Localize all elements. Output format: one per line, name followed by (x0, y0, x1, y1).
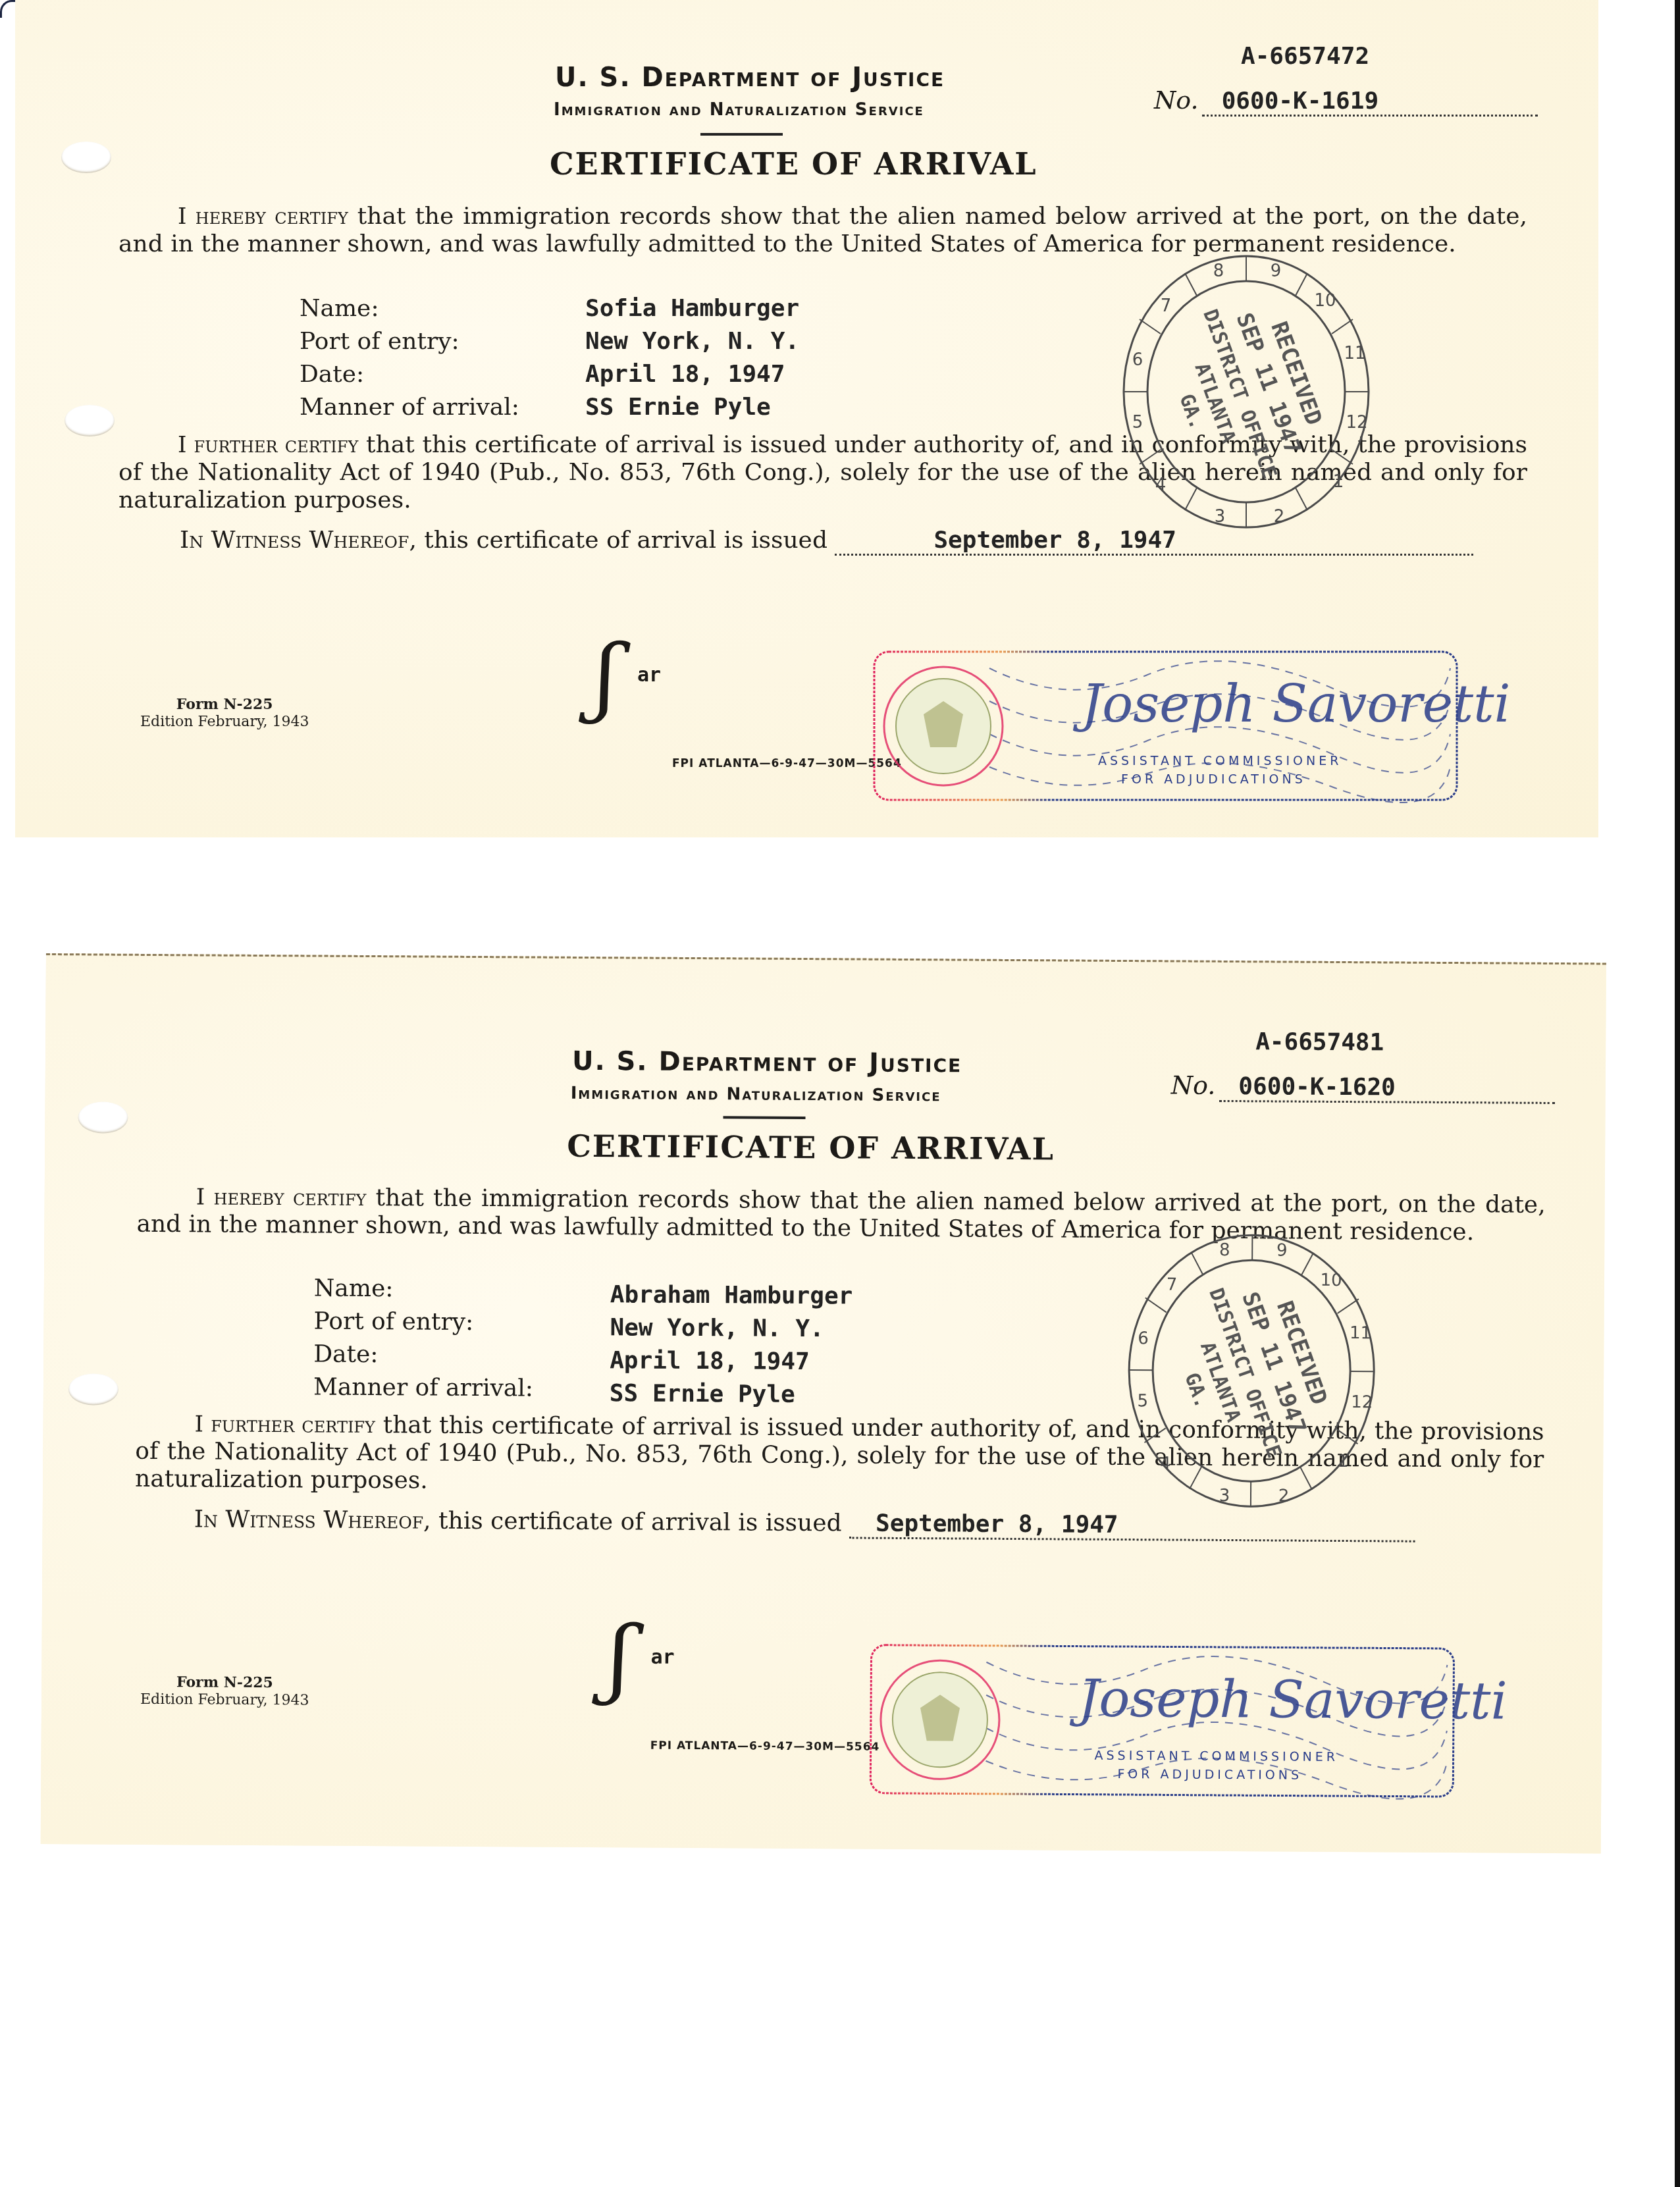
svg-text:6: 6 (1132, 350, 1143, 370)
date-value: April 18, 1947 (585, 361, 785, 388)
punch-hole (68, 1373, 118, 1405)
manner-of-arrival-value: SS Ernie Pyle (610, 1380, 795, 1408)
form-identifier: Form N-225 Edition February, 1943 (140, 1673, 309, 1710)
number-label: No. (1171, 1070, 1216, 1099)
svg-text:7: 7 (1161, 296, 1172, 316)
svg-text:6: 6 (1138, 1329, 1149, 1348)
signatory-title-line2: FOR ADJUDICATIONS (1121, 772, 1306, 787)
department-heading: U. S. Department of Justice (555, 63, 945, 93)
svg-text:7: 7 (1167, 1275, 1178, 1294)
certificate-abraham-hamburger: U. S. Department of Justice Immigration … (41, 953, 1606, 1853)
manner-of-arrival-label: Manner of arrival: (313, 1373, 533, 1402)
punch-hole (61, 142, 111, 173)
clock-ring-icon: 8910 11121 234 567 RECEIVED SEP 11 1947 … (1115, 247, 1378, 537)
svg-text:10: 10 (1314, 291, 1336, 311)
header-rule (723, 1116, 805, 1119)
svg-text:10: 10 (1320, 1271, 1342, 1290)
department-heading: U. S. Department of Justice (572, 1046, 962, 1079)
manner-of-arrival-value: SS Ernie Pyle (585, 394, 771, 421)
date-value: April 18, 1947 (610, 1347, 810, 1375)
svg-text:1: 1 (1338, 1452, 1349, 1471)
svg-text:8: 8 (1219, 1240, 1230, 1260)
witness-text: this certificate of arrival is issued (424, 527, 827, 554)
issued-date: September 8, 1947 (876, 1510, 1118, 1539)
punch-hole (78, 1101, 128, 1133)
svg-text:11: 11 (1344, 344, 1365, 363)
svg-text:8: 8 (1213, 261, 1224, 281)
certificate-title: CERTIFICATE OF ARRIVAL (550, 146, 1037, 182)
svg-text:2: 2 (1278, 1486, 1290, 1506)
witness-text: this certificate of arrival is issued (438, 1508, 842, 1537)
service-heading: Immigration and Naturalization Service (571, 1084, 941, 1105)
name-label: Name: (300, 295, 379, 322)
name-label: Name: (314, 1275, 394, 1302)
signature-stamp-block: Joseph Savoretti ASSISTANT COMMISSIONER … (867, 1642, 1460, 1803)
further-lead: I further certify (195, 1411, 376, 1438)
signature-stamp-block: Joseph Savoretti ASSISTANT COMMISSIONER … (871, 648, 1463, 806)
number-label: No. (1154, 86, 1199, 115)
printer-imprint: FPI ATLANTA—6-9-47—30M—5564 (650, 1739, 880, 1754)
certificate-title: CERTIFICATE OF ARRIVAL (567, 1128, 1055, 1167)
form-identifier: Form N-225 Edition February, 1943 (140, 696, 309, 731)
signatory-title-line2: FOR ADJUDICATIONS (1117, 1767, 1302, 1783)
certificate-sofia-hamburger: U. S. Department of Justice Immigration … (15, 0, 1598, 837)
signatory-title-line1: ASSISTANT COMMISSIONER (1098, 754, 1342, 768)
signature: Joseph Savoretti (1078, 1670, 1508, 1731)
form-edition: Edition February, 1943 (140, 714, 309, 731)
certify-lead: I hereby certify (196, 1184, 367, 1211)
svg-text:11: 11 (1350, 1323, 1371, 1343)
manner-of-arrival-label: Manner of arrival: (300, 394, 519, 421)
certificate-number: 0600-K-1619 (1222, 88, 1378, 115)
date-label: Date: (313, 1340, 378, 1368)
certificate-number-row: No. 0600-K-1620 (1171, 1070, 1555, 1104)
signature: Joseph Savoretti (1082, 675, 1510, 734)
port-of-entry-label: Port of entry: (300, 328, 459, 355)
svg-text:5: 5 (1138, 1391, 1149, 1411)
header-rule (700, 133, 783, 136)
witness-lead: In Witness Whereof, (194, 1506, 431, 1534)
received-date-stamp: 8910 11121 234 567 RECEIVED SEP 11 1947 … (1115, 247, 1378, 537)
further-lead: I further certify (178, 432, 358, 458)
scanner-edge (1675, 0, 1680, 2187)
svg-text:3: 3 (1215, 507, 1226, 527)
signatory-title-line1: ASSISTANT COMMISSIONER (1095, 1749, 1339, 1764)
svg-text:1: 1 (1333, 472, 1344, 492)
initials-flourish: ʃ (594, 625, 617, 725)
certify-lead: I hereby certify (178, 203, 348, 230)
name-value: Abraham Hamburger (610, 1281, 853, 1309)
clerk-initials: ar (637, 664, 661, 687)
alien-registration-number: A-6657472 (1241, 43, 1369, 70)
initials-flourish: ʃ (608, 1607, 631, 1707)
svg-text:12: 12 (1346, 413, 1367, 433)
port-of-entry-value: New York, N. Y. (610, 1314, 824, 1342)
certificate-number: 0600-K-1620 (1238, 1073, 1396, 1101)
date-label: Date: (300, 361, 364, 388)
svg-text:4: 4 (1155, 475, 1167, 495)
form-number: Form N-225 (176, 696, 273, 713)
form-number: Form N-225 (176, 1673, 273, 1691)
svg-text:12: 12 (1351, 1392, 1373, 1412)
svg-text:2: 2 (1274, 507, 1285, 527)
svg-text:3: 3 (1219, 1486, 1230, 1506)
received-date-stamp: 8910 11121 234 567 RECEIVED SEP 11 1947 … (1119, 1225, 1384, 1516)
name-value: Sofia Hamburger (585, 295, 799, 322)
clock-ring-icon: 8910 11121 234 567 RECEIVED SEP 11 1947 … (1119, 1225, 1384, 1516)
svg-text:4: 4 (1160, 1454, 1171, 1473)
svg-text:9: 9 (1271, 261, 1282, 281)
witness-lead: In Witness Whereof, (180, 527, 417, 554)
form-edition: Edition February, 1943 (140, 1691, 309, 1710)
punch-hole (65, 405, 115, 436)
clerk-initials: ar (650, 1646, 674, 1669)
svg-text:5: 5 (1132, 413, 1143, 433)
certificate-number-row: No. 0600-K-1619 (1154, 86, 1538, 117)
alien-registration-number: A-6657481 (1255, 1028, 1384, 1056)
service-heading: Immigration and Naturalization Service (554, 100, 924, 120)
port-of-entry-value: New York, N. Y. (585, 328, 799, 355)
svg-text:9: 9 (1276, 1240, 1288, 1260)
port-of-entry-label: Port of entry: (313, 1307, 473, 1335)
printer-imprint: FPI ATLANTA—6-9-47—30M—5564 (672, 757, 902, 770)
